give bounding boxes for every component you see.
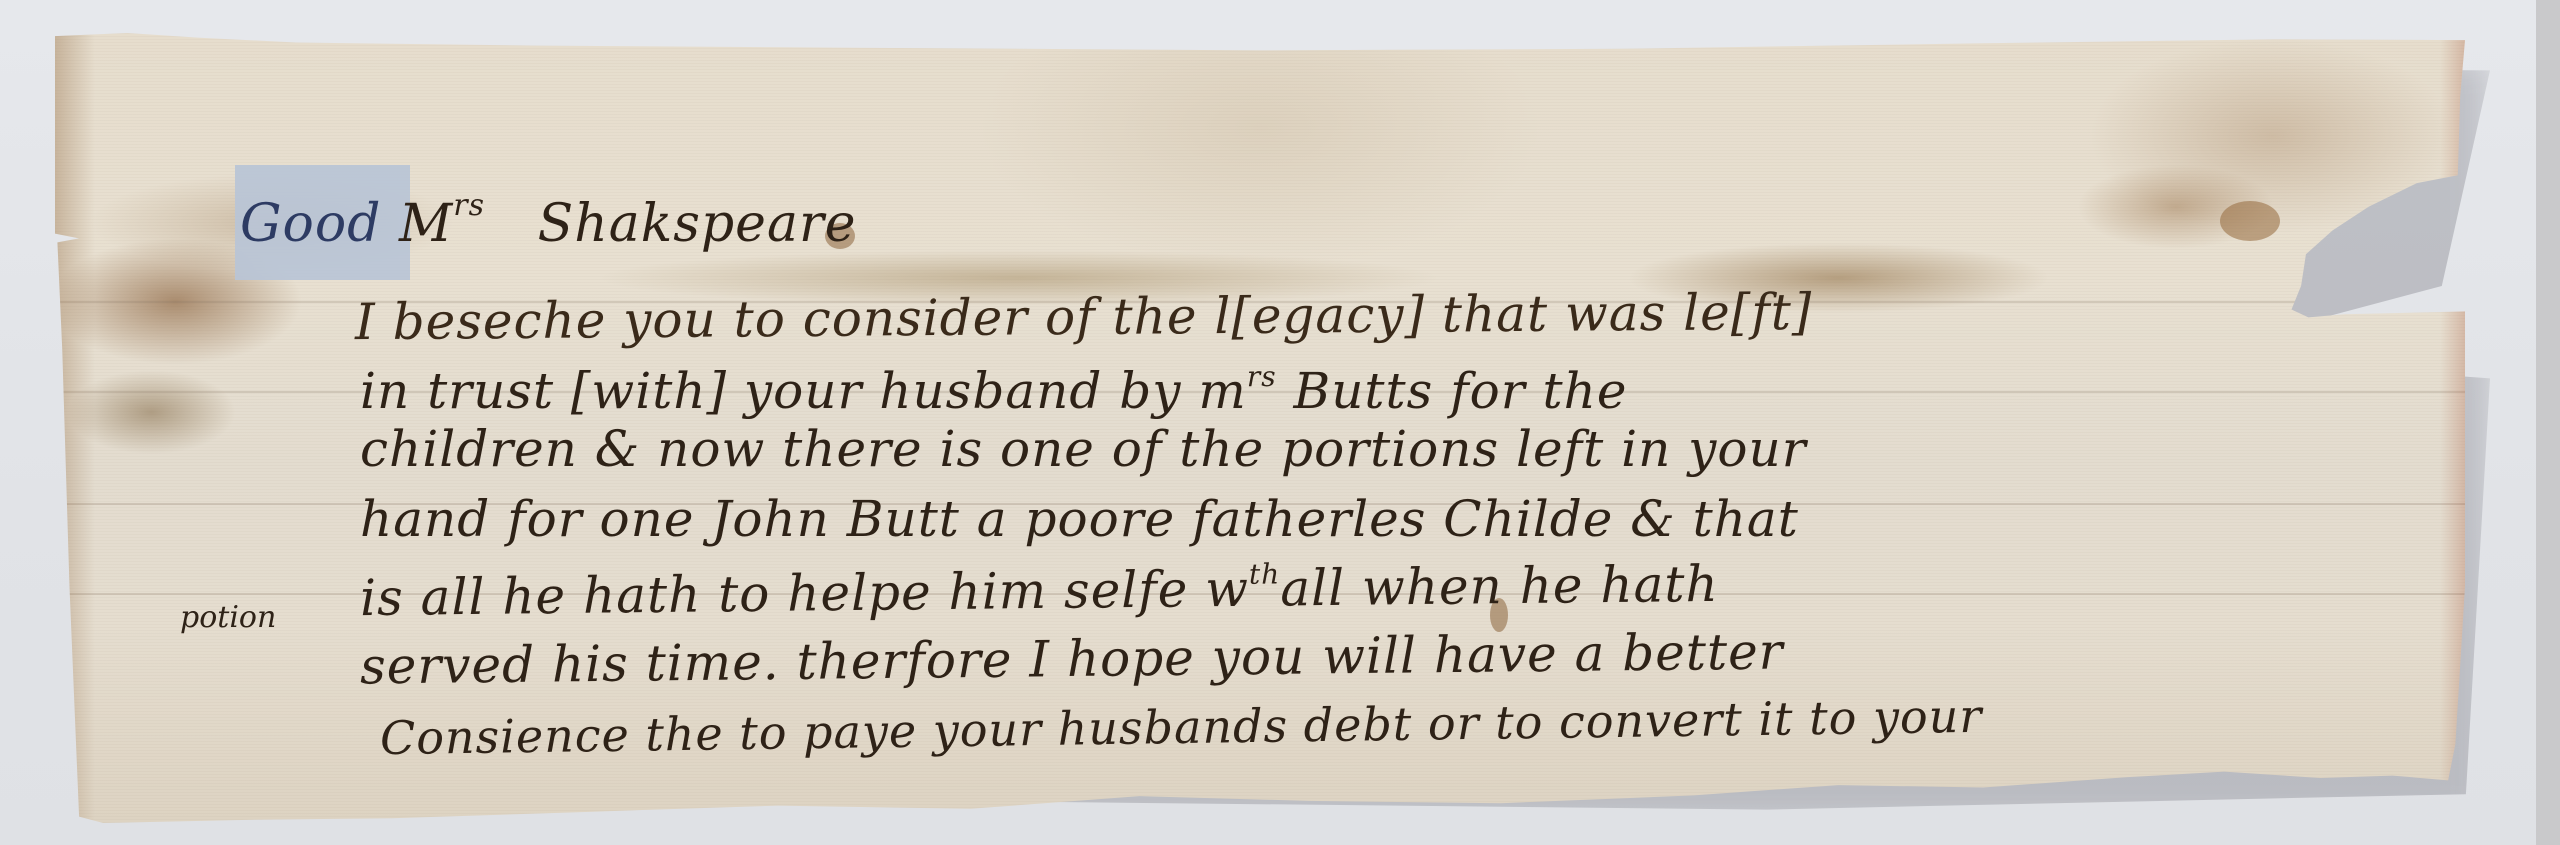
greeting-name: Shakspeare bbox=[538, 194, 857, 254]
line-2-text: in trust [with] your husband by m bbox=[360, 362, 1247, 420]
ink-stain bbox=[2220, 201, 2280, 241]
background-edge-strip bbox=[2536, 0, 2560, 845]
greeting-title: M bbox=[399, 194, 453, 254]
line-5-tail: all when he hath bbox=[1280, 555, 1719, 618]
line-2-sup: rs bbox=[1247, 360, 1277, 393]
manuscript-line-3: children & now there is one of the porti… bbox=[360, 420, 1807, 478]
photo-stage: Good Mrs Shakspeare I beseche you to con… bbox=[0, 0, 2560, 845]
line-5-text: is all he hath to helpe him selfe w bbox=[360, 560, 1250, 627]
manuscript-line-4: hand for one John Butt a poore fatherles… bbox=[360, 490, 1799, 548]
line-5-sup: th bbox=[1249, 557, 1281, 590]
greeting-good: Good bbox=[240, 194, 381, 254]
greeting-title-sup: rs bbox=[453, 188, 485, 223]
line-2-tail: Butts for the bbox=[1277, 362, 1628, 420]
manuscript-line-1: I beseche you to consider of the l[egacy… bbox=[355, 283, 1813, 351]
greeting-line: Good Mrs Shakspeare bbox=[240, 188, 857, 254]
margin-note: potion bbox=[180, 600, 276, 635]
manuscript-line-2: in trust [with] your husband by mrs Butt… bbox=[360, 360, 1627, 420]
